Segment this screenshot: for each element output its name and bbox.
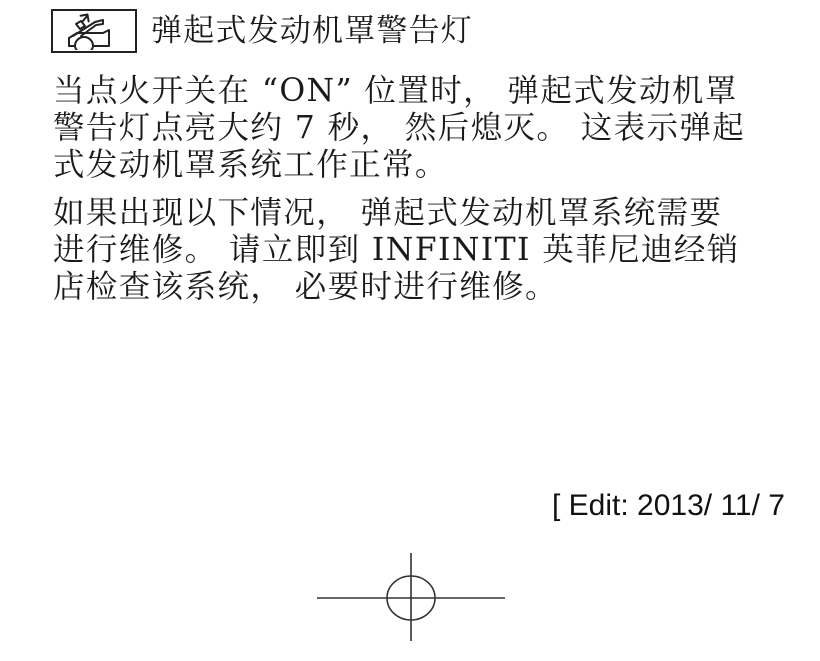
text-line: 警告灯点亮大约 7 秒， 然后熄灭。 这表示弹起 xyxy=(53,110,793,147)
page-title: 弹起式发动机罩警告灯 xyxy=(151,8,473,54)
text-line: 式发动机罩系统工作正常。 xyxy=(53,147,793,184)
registration-mark-icon xyxy=(310,548,510,652)
paragraph-service-required: 如果出现以下情况， 弹起式发动机罩系统需要 进行维修。 请立即到 INFINIT… xyxy=(53,195,793,306)
text-line: 如果出现以下情况， 弹起式发动机罩系统需要 xyxy=(53,195,793,232)
text-line: 当点火开关在 “ON” 位置时， 弹起式发动机罩 xyxy=(53,73,793,110)
text-line: 进行维修。 请立即到 INFINITI 英菲尼迪经销 xyxy=(53,232,793,269)
section-heading: 弹起式发动机罩警告灯 xyxy=(51,8,473,54)
text-line: 店检查该系统， 必要时进行维修。 xyxy=(53,269,793,306)
paragraph-normal-operation: 当点火开关在 “ON” 位置时， 弹起式发动机罩 警告灯点亮大约 7 秒， 然后… xyxy=(53,73,793,184)
document-body: 当点火开关在 “ON” 位置时， 弹起式发动机罩 警告灯点亮大约 7 秒， 然后… xyxy=(53,73,793,317)
edit-date-stamp: [ Edit: 2013/ 11/ 7 xyxy=(552,488,785,524)
pop-up-hood-warning-icon xyxy=(51,9,137,53)
